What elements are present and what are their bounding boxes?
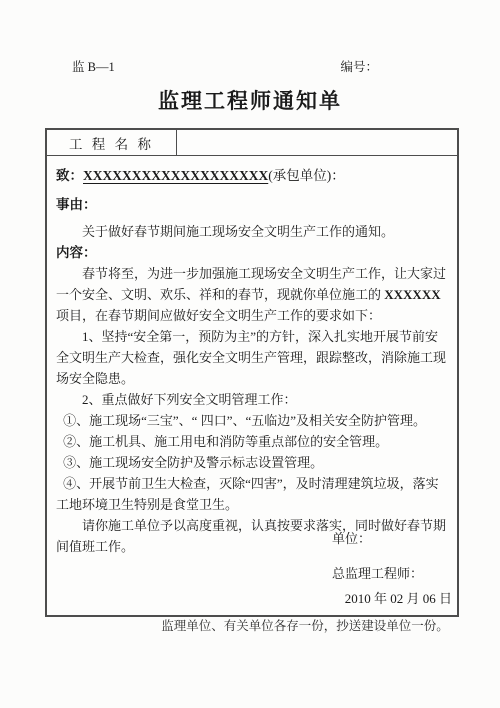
- intro-paragraph: 春节将至，为进一步加强施工现场安全文明生产工作，让大家过一个安全、文明、欢乐、祥…: [56, 263, 447, 326]
- subject-text: 关于做好春节期间施工现场安全文明生产工作的通知。: [56, 221, 447, 242]
- notice-document-page: 监 B—1 编号： 监理工程师通知单 工 程 名 称 致：XXXXXXXXXXX…: [0, 0, 500, 708]
- distribution-note: 监理单位、有关单位各存一份，抄送建设单位一份。: [0, 616, 500, 634]
- project-name-label-cell: 工 程 名 称: [47, 130, 177, 155]
- addressee-label: 致：: [56, 168, 83, 183]
- subject-label: 事由：: [56, 194, 447, 215]
- closing-paragraph: 请你施工单位予以高度重视，认真按要求落实，同时做好春节期间值班工作。: [56, 515, 447, 557]
- form-meta-row: 监 B—1 编号：: [72, 57, 378, 75]
- sub-item-2: ②、施工机具、施工用电和消防等重点部位的安全管理。: [56, 431, 447, 452]
- content-label: 内容：: [56, 242, 447, 263]
- project-placeholder: XXXXXX: [384, 287, 440, 302]
- sign-engineer-label: 总监理工程师：: [332, 563, 423, 584]
- project-name-row: 工 程 名 称: [47, 130, 457, 156]
- sub-item-1: ①、施工现场“三宝”、“ 四口”、“五临边”及相关安全防护管理。: [56, 410, 447, 431]
- sign-date: 2010 年 02 月 06 日: [345, 588, 452, 609]
- sub-item-4: ④、开展节前卫生大检查，灭除“四害”，及时清理建筑垃圾，落实工地环境卫生特别是食…: [56, 473, 447, 515]
- form-code: 监 B—1: [72, 57, 115, 75]
- intro-text-after: 项目，在春节期间应做好安全文明生产工作的要求如下：: [56, 308, 381, 323]
- sign-unit-label: 单位：: [332, 528, 371, 549]
- notice-form-table: 工 程 名 称 致：XXXXXXXXXXXXXXXXXXX(承包单位)： 事由：…: [45, 128, 459, 617]
- number-label: 编号：: [340, 57, 378, 75]
- project-name-value-cell: [177, 130, 457, 155]
- item-2: 2、重点做好下列安全文明管理工作：: [56, 389, 447, 410]
- document-title: 监理工程师通知单: [0, 85, 500, 115]
- notice-body-cell: 致：XXXXXXXXXXXXXXXXXXX(承包单位)： 事由： 关于做好春节期…: [47, 156, 457, 615]
- item-1: 1、坚持“安全第一，预防为主”的方针，深入扎实地开展节前安全文明生产大检查，强化…: [56, 326, 447, 389]
- addressee-line: 致：XXXXXXXXXXXXXXXXXXX(承包单位)：: [56, 165, 447, 186]
- addressee-value: XXXXXXXXXXXXXXXXXXX: [83, 168, 268, 183]
- sub-item-3: ③、施工现场安全防护及警示标志设置管理。: [56, 452, 447, 473]
- addressee-suffix: (承包单位)：: [268, 168, 345, 183]
